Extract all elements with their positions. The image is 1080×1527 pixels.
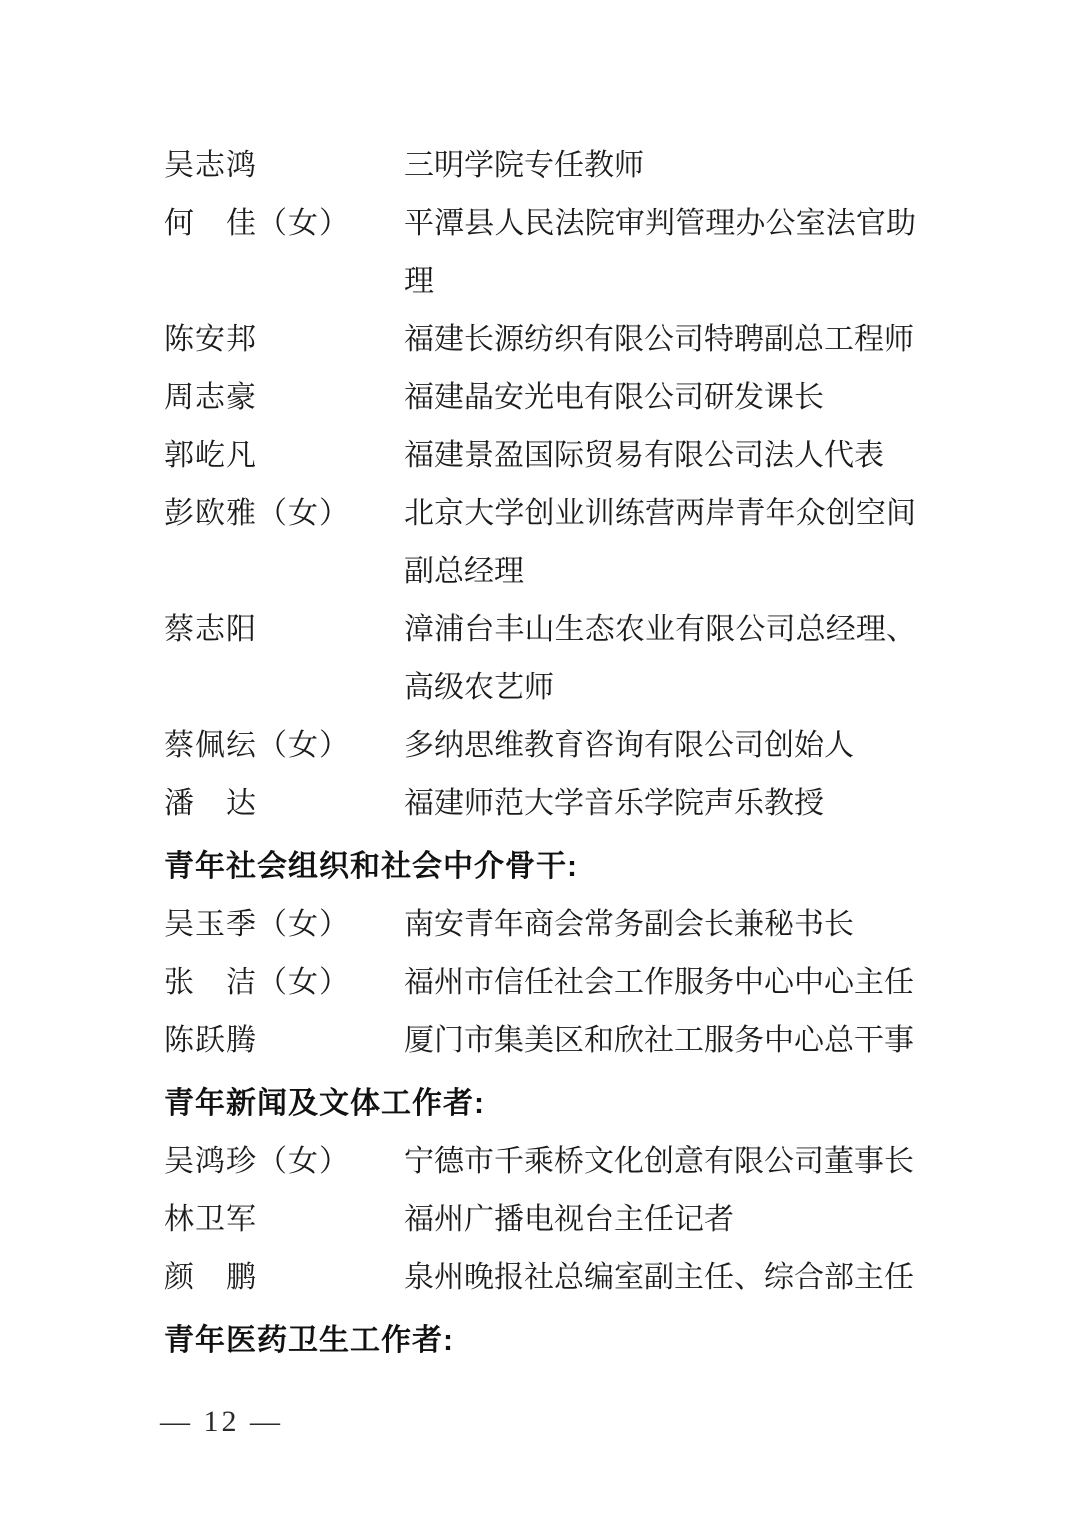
person-title: 漳浦台丰山生态农业有限公司总经理、 (404, 604, 916, 648)
person-title: 厦门市集美区和欣社工服务中心总干事 (404, 1015, 916, 1059)
person-title: 福州市信任社会工作服务中心中心主任 (404, 957, 916, 1001)
person-row: 何 佳（女）平潭县人民法院审判管理办公室法官助 (164, 191, 919, 249)
person-name: 吴鸿珍（女） (164, 1136, 404, 1180)
person-title: 高级农艺师 (404, 662, 916, 706)
person-name: 吴玉季（女） (164, 899, 404, 943)
person-title: 三明学院专任教师 (404, 140, 916, 184)
section-header: 青年医药卫生工作者: (164, 1308, 919, 1366)
person-row: 陈跃腾厦门市集美区和欣社工服务中心总干事 (164, 1008, 919, 1066)
person-title: 福建晶安光电有限公司研发课长 (404, 372, 916, 416)
person-row: 吴鸿珍（女）宁德市千乘桥文化创意有限公司董事长 (164, 1129, 919, 1187)
page-number: — 12 — (160, 1405, 283, 1439)
person-row-continuation: 高级农艺师 (164, 655, 919, 713)
person-name: 陈跃腾 (164, 1015, 404, 1059)
person-name: 郭屹凡 (164, 430, 404, 474)
person-title: 福州广播电视台主任记者 (404, 1194, 916, 1238)
person-row: 林卫军福州广播电视台主任记者 (164, 1187, 919, 1245)
section-header: 青年社会组织和社会中介骨干: (164, 834, 919, 892)
person-title: 北京大学创业训练营两岸青年众创空间 (404, 488, 916, 532)
person-name: 何 佳（女） (164, 198, 404, 242)
person-row: 郭屹凡福建景盈国际贸易有限公司法人代表 (164, 423, 919, 481)
person-name: 蔡志阳 (164, 604, 404, 648)
person-title: 泉州晚报社总编室副主任、综合部主任 (404, 1252, 916, 1296)
section-header-text: 青年社会组织和社会中介骨干: (164, 841, 578, 885)
person-row: 吴玉季（女）南安青年商会常务副会长兼秘书长 (164, 892, 919, 950)
person-name: 蔡佩纭（女） (164, 720, 404, 764)
entry-list: 吴志鸿三明学院专任教师何 佳（女）平潭县人民法院审判管理办公室法官助理陈安邦福建… (164, 133, 919, 1366)
person-row: 潘 达福建师范大学音乐学院声乐教授 (164, 771, 919, 829)
section-header: 青年新闻及文体工作者: (164, 1071, 919, 1129)
person-row: 蔡佩纭（女）多纳思维教育咨询有限公司创始人 (164, 713, 919, 771)
person-name: 周志豪 (164, 372, 404, 416)
person-title: 福建长源纺织有限公司特聘副总工程师 (404, 314, 916, 358)
person-title: 福建景盈国际贸易有限公司法人代表 (404, 430, 916, 474)
person-row-continuation: 副总经理 (164, 539, 919, 597)
person-row-continuation: 理 (164, 249, 919, 307)
person-name: 彭欧雅（女） (164, 488, 404, 532)
person-title: 福建师范大学音乐学院声乐教授 (404, 778, 916, 822)
person-row: 颜 鹏泉州晚报社总编室副主任、综合部主任 (164, 1245, 919, 1303)
person-title: 南安青年商会常务副会长兼秘书长 (404, 899, 916, 943)
person-row: 彭欧雅（女）北京大学创业训练营两岸青年众创空间 (164, 481, 919, 539)
person-row: 周志豪福建晶安光电有限公司研发课长 (164, 365, 919, 423)
section-header-text: 青年医药卫生工作者: (164, 1315, 454, 1359)
section-header-text: 青年新闻及文体工作者: (164, 1078, 485, 1122)
person-name: 张 洁（女） (164, 957, 404, 1001)
person-name: 林卫军 (164, 1194, 404, 1238)
person-title: 副总经理 (404, 546, 916, 590)
person-name: 颜 鹏 (164, 1252, 404, 1296)
person-row: 陈安邦福建长源纺织有限公司特聘副总工程师 (164, 307, 919, 365)
person-name: 陈安邦 (164, 314, 404, 358)
person-row: 吴志鸿三明学院专任教师 (164, 133, 919, 191)
person-title: 理 (404, 256, 916, 300)
person-name: 吴志鸿 (164, 140, 404, 184)
document-page: 吴志鸿三明学院专任教师何 佳（女）平潭县人民法院审判管理办公室法官助理陈安邦福建… (0, 0, 1080, 1527)
person-row: 蔡志阳漳浦台丰山生态农业有限公司总经理、 (164, 597, 919, 655)
person-title: 多纳思维教育咨询有限公司创始人 (404, 720, 916, 764)
person-row: 张 洁（女）福州市信任社会工作服务中心中心主任 (164, 950, 919, 1008)
person-name: 潘 达 (164, 778, 404, 822)
person-title: 宁德市千乘桥文化创意有限公司董事长 (404, 1136, 916, 1180)
person-title: 平潭县人民法院审判管理办公室法官助 (404, 198, 916, 242)
